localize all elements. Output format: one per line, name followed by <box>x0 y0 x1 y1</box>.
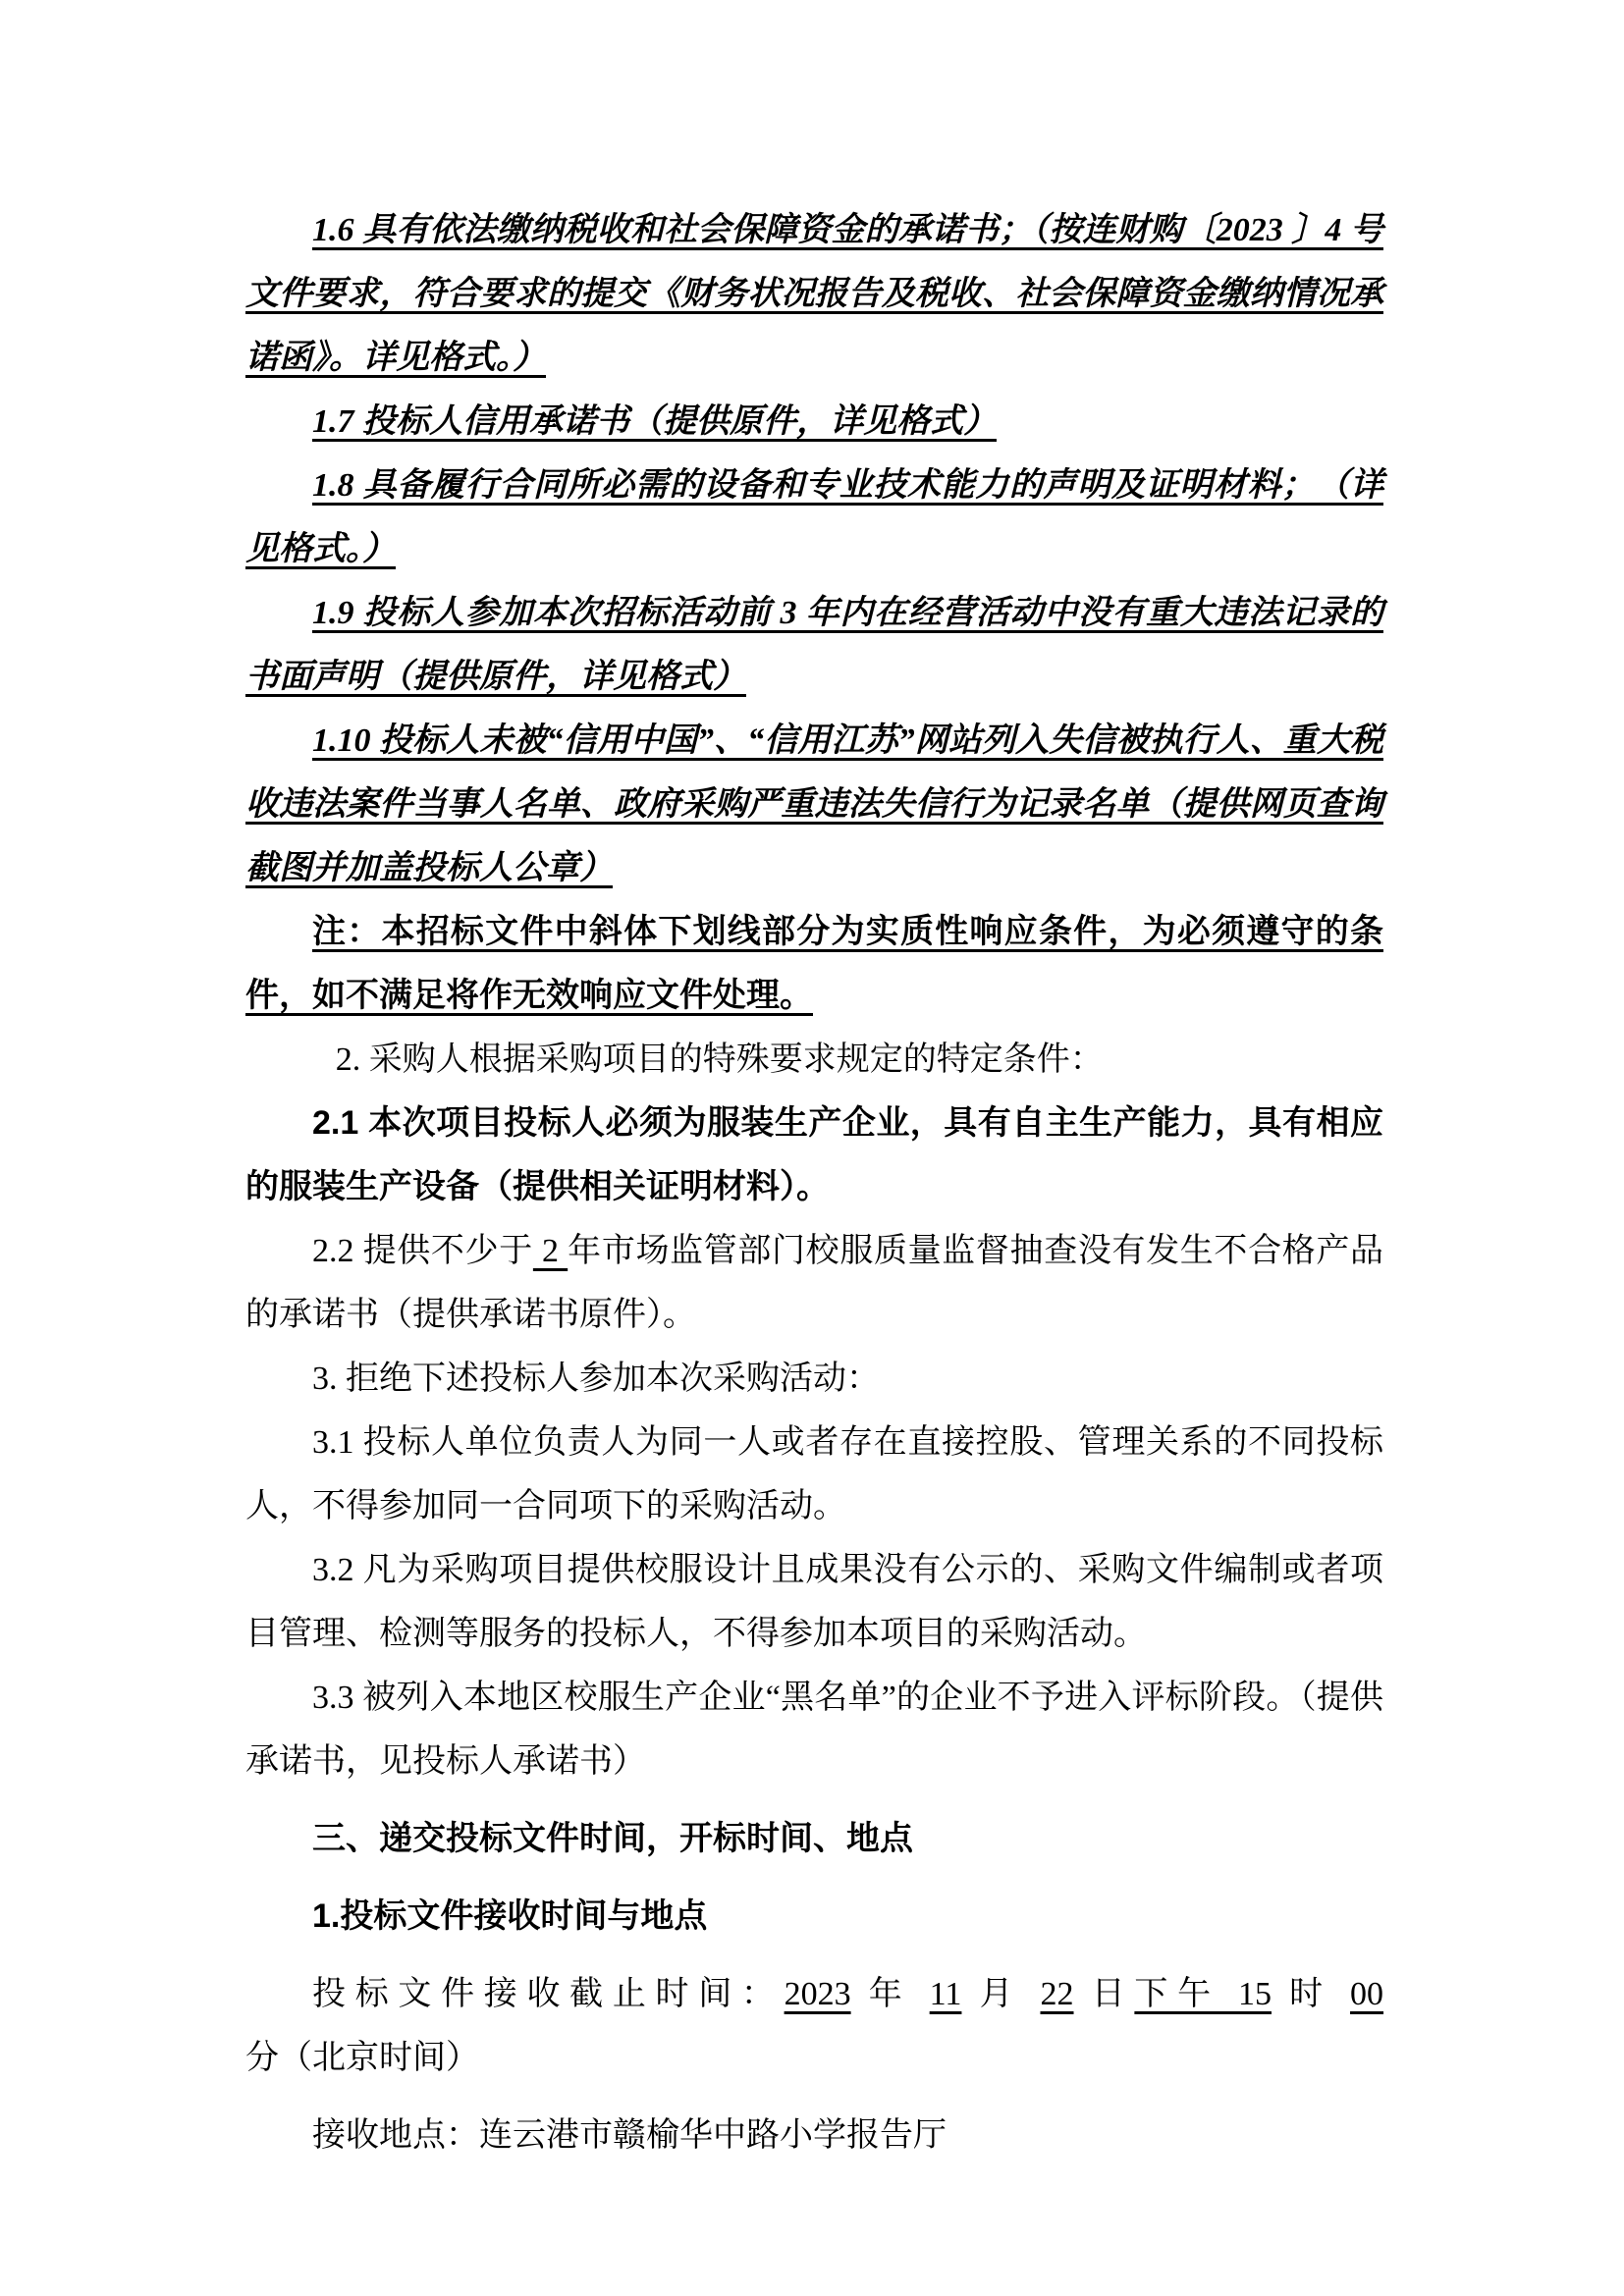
note-paragraph: 注：本招标文件中斜体下划线部分为实质性响应条件，为必须遵守的条件，如不满足将作无… <box>245 900 1383 1028</box>
deadline-line: 投标文件接收截止时间：2023 年 11 月 22 日下午 15 时 00 分（… <box>245 1962 1383 2090</box>
location-line: 接收地点：连云港市赣榆华中路小学报告厅 <box>245 2104 1383 2167</box>
para-1-6: 1.6 具有依法缴纳税收和社会保障资金的承诺书；（按连财购〔2023 〕4 号文… <box>245 198 1383 390</box>
para-2-2-text-lead: 2.2 提供不少于 <box>312 1233 533 1269</box>
deadline-timezone: 分（北京时间） <box>245 2040 479 2076</box>
deadline-label: 投标文件接收截止时间： <box>312 1976 785 2012</box>
deadline-month-unit: 月 <box>961 1976 1040 2012</box>
deadline-hour-unit: 时 <box>1272 1976 1350 2012</box>
deadline-day-value: 22 <box>1041 1976 1074 2012</box>
document-page: 1.6 具有依法缴纳税收和社会保障资金的承诺书；（按连财购〔2023 〕4 号文… <box>0 0 1624 2296</box>
para-1-10: 1.10 投标人未被“信用中国”、“信用江苏”网站列入失信被执行人、重大税收违法… <box>245 709 1383 900</box>
subsection-heading-receive-time-place: 1.投标文件接收时间与地点 <box>245 1885 1383 1949</box>
para-2-2: 2.2 提供不少于 2 年市场监管部门校服质量监督抽查没有发生不合格产品的承诺书… <box>245 1219 1383 1347</box>
para-3-3: 3.3 被列入本地区校服生产企业“黑名单”的企业不予进入评标阶段。（提供承诺书，… <box>245 1666 1383 1793</box>
deadline-hour-value: 下午 15 <box>1134 1976 1272 2012</box>
para-3: 3. 拒绝下述投标人参加本次采购活动： <box>245 1347 1383 1411</box>
para-1-9: 1.9 投标人参加本次招标活动前 3 年内在经营活动中没有重大违法记录的书面声明… <box>245 581 1383 709</box>
deadline-year-unit: 年 <box>851 1976 930 2012</box>
para-3-2: 3.2 凡为采购项目提供校服设计且成果没有公示的、采购文件编制或者项目管理、检测… <box>245 1538 1383 1666</box>
para-2-2-years-value: 2 <box>533 1233 568 1269</box>
para-1-7: 1.7 投标人信用承诺书（提供原件，详见格式） <box>245 390 1383 454</box>
deadline-day-unit: 日 <box>1074 1976 1135 2012</box>
deadline-month-value: 11 <box>930 1976 962 2012</box>
section-heading-submission: 三、递交投标文件时间，开标时间、地点 <box>245 1807 1383 1871</box>
para-2: 2. 采购人根据采购项目的特殊要求规定的特定条件： <box>245 1028 1383 1092</box>
deadline-year-value: 2023 <box>785 1976 851 2012</box>
deadline-minute-value: 00 <box>1350 1976 1383 2012</box>
para-3-1: 3.1 投标人单位负责人为同一人或者存在直接控股、管理关系的不同投标人，不得参加… <box>245 1411 1383 1538</box>
para-1-8: 1.8 具备履行合同所必需的设备和专业技术能力的声明及证明材料； （详见格式。） <box>245 454 1383 581</box>
para-2-1: 2.1 本次项目投标人必须为服装生产企业，具有自主生产能力，具有相应的服装生产设… <box>245 1092 1383 1219</box>
